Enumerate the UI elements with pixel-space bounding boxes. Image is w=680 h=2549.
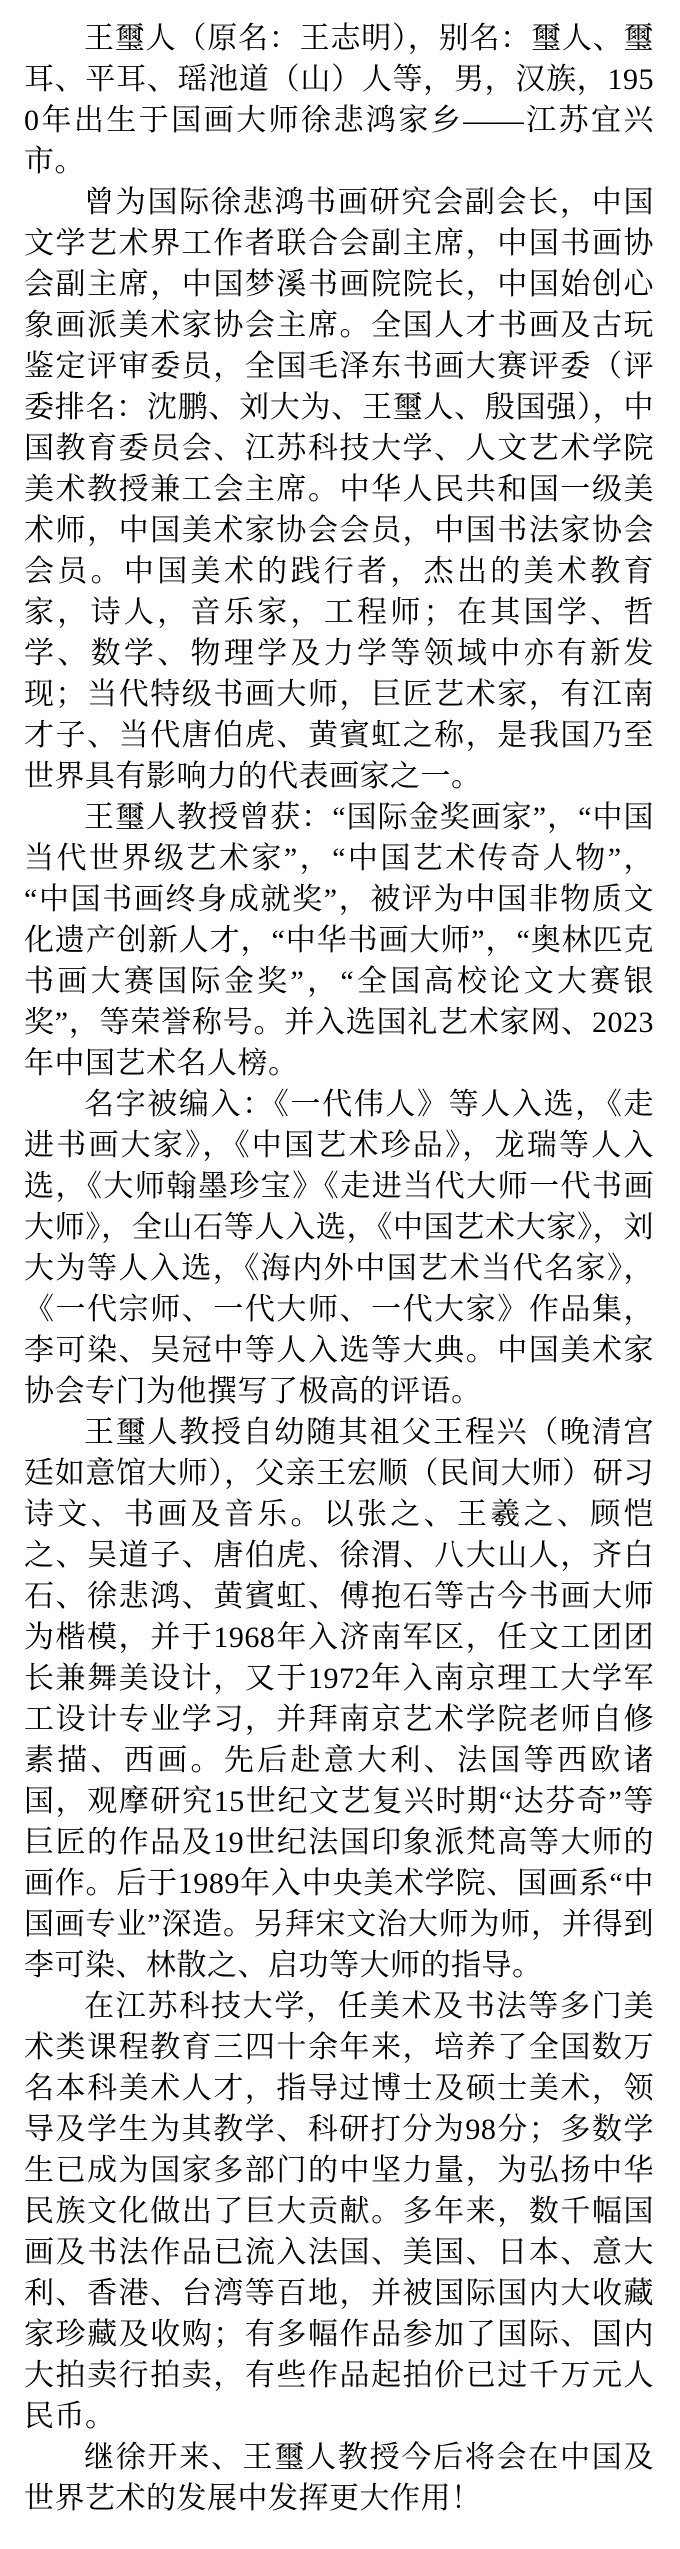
paragraph-intro: 王璽人（原名：王志明），别名：璽人、璽耳、平耳、瑶池道（山）人等，男，汉族，19…: [24, 18, 654, 182]
document-page: 王璽人（原名：王志明），别名：璽人、璽耳、平耳、瑶池道（山）人等，男，汉族，19…: [0, 0, 680, 2549]
paragraph-training-history: 王璽人教授自幼随其祖父王程兴（晚清宫廷如意馆大师），父亲王宏顺（民间大师）研习诗…: [24, 1412, 654, 1986]
paragraph-teaching-collections: 在江苏科技大学，任美术及书法等多门美术类课程教育三四十余年来，培养了全国数万名本…: [24, 1986, 654, 2437]
paragraph-closing: 继徐开来、王璽人教授今后将会在中国及世界艺术的发展中发挥更大作用！: [24, 2437, 654, 2519]
paragraph-awards: 王璽人教授曾获：“国际金奖画家”，“中国当代世界级艺术家”，“中国艺术传奇人物”…: [24, 797, 654, 1084]
paragraph-titles-positions: 曾为国际徐悲鸿书画研究会副会长，中国文学艺术界工作者联合会副主席，中国书画协会副…: [24, 182, 654, 797]
paragraph-anthologies: 名字被编入：《一代伟人》等人入选，《走进书画大家》，《中国艺术珍品》，龙瑞等人入…: [24, 1084, 654, 1412]
